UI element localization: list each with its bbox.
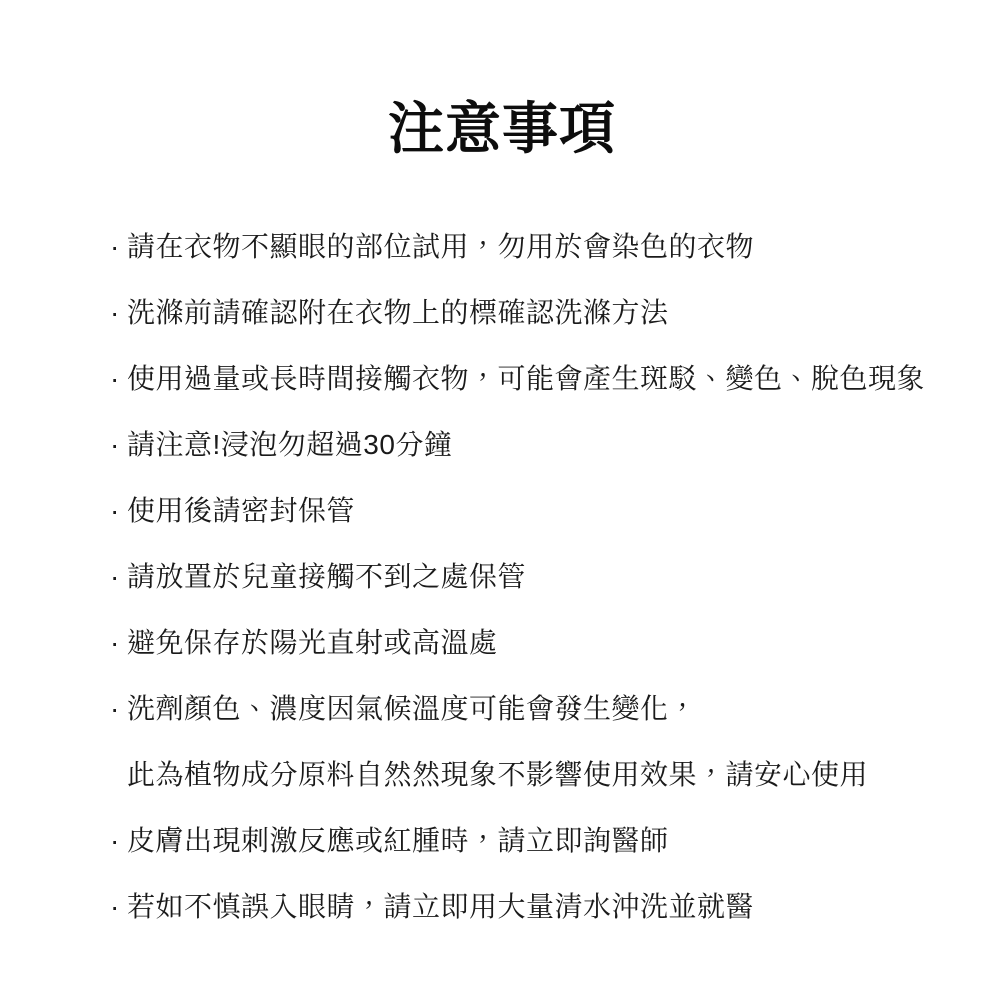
list-item-text: 此為植物成分原料自然然現象不影響使用效果，請安心使用 [127, 757, 868, 793]
list-item: · 洗劑顏色、濃度因氣候溫度可能會發生變化， [110, 676, 954, 742]
bullet-dot-icon: · [110, 823, 127, 859]
page-title: 注意事項 [0, 100, 1004, 159]
list-item-text: 請注意!浸泡勿超過30分鐘 [127, 427, 452, 463]
bullet-dot-icon: · [110, 691, 127, 727]
precautions-list: · 請在衣物不顯眼的部位試用，勿用於會染色的衣物 · 洗滌前請確認附在衣物上的標… [110, 214, 954, 940]
list-item: · 避免保存於陽光直射或高溫處 [110, 610, 954, 676]
list-item-text: 使用過量或長時間接觸衣物，可能會產生斑駁、變色、脫色現象 [127, 361, 925, 397]
list-item: · 若如不慎誤入眼睛，請立即用大量清水沖洗並就醫 [110, 874, 954, 940]
bullet-dot-icon: · [110, 493, 127, 529]
list-item-continuation: 此為植物成分原料自然然現象不影響使用效果，請安心使用 [110, 742, 954, 808]
list-item-text: 洗滌前請確認附在衣物上的標確認洗滌方法 [127, 295, 669, 331]
bullet-dot-icon: · [110, 229, 127, 265]
precautions-page: 注意事項 · 請在衣物不顯眼的部位試用，勿用於會染色的衣物 · 洗滌前請確認附在… [0, 0, 1004, 1004]
bullet-dot-icon: · [110, 427, 127, 463]
list-item: · 請注意!浸泡勿超過30分鐘 [110, 412, 954, 478]
list-item-text: 洗劑顏色、濃度因氣候溫度可能會發生變化， [127, 691, 697, 727]
list-item: · 洗滌前請確認附在衣物上的標確認洗滌方法 [110, 280, 954, 346]
bullet-dot-icon: · [110, 559, 127, 595]
bullet-dot-icon: · [110, 625, 127, 661]
list-item-text: 使用後請密封保管 [127, 493, 355, 529]
list-item-text: 若如不慎誤入眼睛，請立即用大量清水沖洗並就醫 [127, 889, 754, 925]
list-item: · 使用過量或長時間接觸衣物，可能會產生斑駁、變色、脫色現象 [110, 346, 954, 412]
list-item: · 皮膚出現刺激反應或紅腫時，請立即詢醫師 [110, 808, 954, 874]
list-item-text: 皮膚出現刺激反應或紅腫時，請立即詢醫師 [127, 823, 669, 859]
bullet-dot-icon: · [110, 889, 127, 925]
list-item: · 請在衣物不顯眼的部位試用，勿用於會染色的衣物 [110, 214, 954, 280]
list-item-text: 請放置於兒童接觸不到之處保管 [127, 559, 526, 595]
list-item-text: 避免保存於陽光直射或高溫處 [127, 625, 498, 661]
bullet-dot-icon: · [110, 295, 127, 331]
list-item: · 使用後請密封保管 [110, 478, 954, 544]
bullet-dot-icon: · [110, 361, 127, 397]
list-item-text: 請在衣物不顯眼的部位試用，勿用於會染色的衣物 [127, 229, 754, 265]
list-item: · 請放置於兒童接觸不到之處保管 [110, 544, 954, 610]
